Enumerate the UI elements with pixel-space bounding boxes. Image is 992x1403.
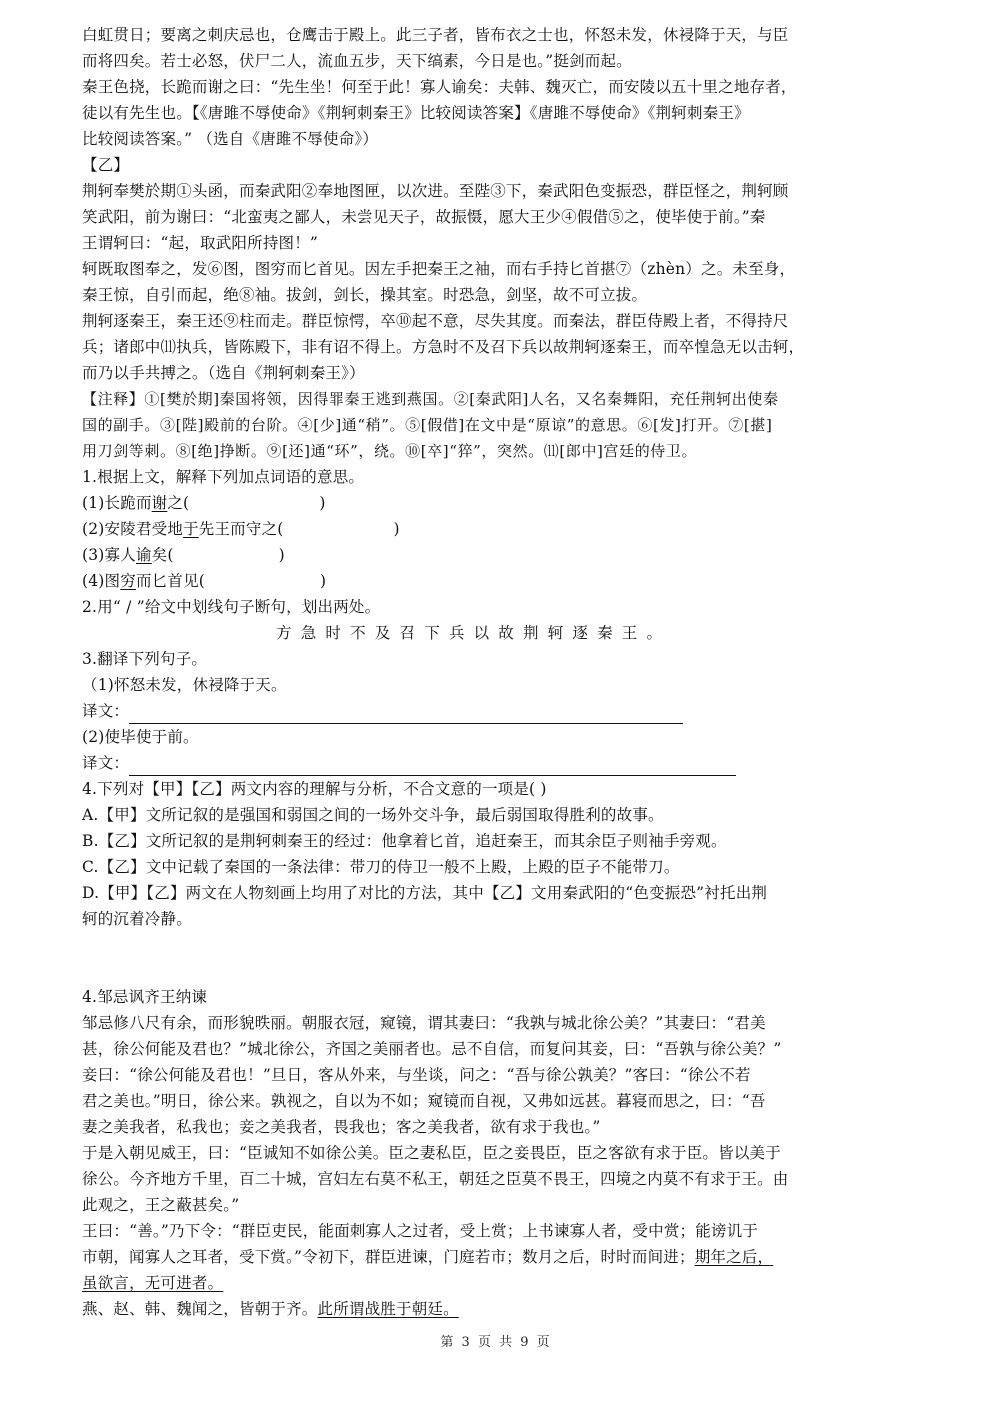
underlined-sentence: 此所谓战胜于朝廷。 [318,1300,459,1318]
dotted-word: 穷 [120,572,136,590]
dotted-word: 于 [183,520,199,538]
question-stem: 2.用“ / ”给文中划线句子断句，划出两处。 [82,594,872,620]
text-line: 邹忌修八尺有余，而形貌昳丽。朝服衣冠，窥镜，谓其妻曰：“我孰与城北徐公美？”其妻… [82,1010,872,1036]
text-line: 王谓轲曰：“起，取武阳所持图！” [82,230,872,256]
answer-label: 译文： [82,702,129,720]
question-item: (4)图穷而匕首见() [82,568,872,594]
question-item: (1)长跪而谢之() [82,490,872,516]
question-3: 3.翻译下列句子。 （1)怀怒未发，休祲降于天。 译文： (2)使毕使于前。 译… [82,646,872,776]
sentence-to-punctuate: 方急时不及召下兵以故荆轲逐秦王。 [82,620,872,646]
option-c: C.【乙】文中记载了秦国的一条法律：带刀的侍卫一般不上殿，上殿的臣子不能带刀。 [82,854,872,880]
spacer [82,932,872,984]
text-line: 荆轲逐秦王，秦王还⑨柱而走。群臣惊愕，卒⑩起不意，尽失其度。而秦法，群臣侍殿上者… [82,308,872,334]
item-text: 矣( [152,546,174,564]
dotted-word: 谢 [152,494,168,512]
dotted-word: 谕 [136,546,152,564]
item-text: (3)寡人 [82,546,136,564]
text-line: 白虹贯日；要离之刺庆忌也，仓鹰击于殿上。此三子者，皆布衣之士也，怀怒未发，休祲降… [82,22,872,48]
text-line: 而将四矣。若士必怒，伏尸二人，流血五步，天下缟素，今日是也。”挺剑而起。 [82,48,872,74]
answer-line[interactable] [129,705,683,724]
text-line: 燕、赵、韩、魏闻之，皆朝于齐。此所谓战胜于朝廷。 [82,1296,872,1322]
passage-yi: 【乙】 荆轲奉樊於期①头函，而秦武阳②奉地图匣，以次进。至陛③下，秦武阳色变振恐… [82,152,872,386]
text-line: 比较阅读答案。” （选自《唐雎不辱使命》） [82,126,872,152]
page-footer: 第 3 页 共 9 页 [0,1331,992,1350]
item-text: (2)安陵君受地 [82,520,183,538]
document-page: 白虹贯日；要离之刺庆忌也，仓鹰击于殿上。此三子者，皆布衣之士也，怀怒未发，休祲降… [82,22,872,1322]
text-line: 妻之美我者，私我也；妾之美我者，畏我也；客之美我者，欲有求于我也。” [82,1114,872,1140]
text-line: 妾曰：“徐公何能及君也！”旦日，客从外来，与坐谈，问之：“吾与徐公孰美？”客曰：… [82,1062,872,1088]
text-line: 而乃以手共搏之。（选自《荆轲刺秦王》） [82,360,872,386]
option-d-cont: 轲的沉着冷静。 [82,906,872,932]
translate-sentence: （1)怀怒未发，休祲降于天。 [82,672,872,698]
plain-text: 市朝，闻寡人之耳者，受下赏。”令初下，群臣进谏，门庭若市；数月之后，时时而间进； [82,1248,695,1266]
translate-sentence: (2)使毕使于前。 [82,724,872,750]
underlined-sentence: 虽欲言，无可进者。 [82,1274,223,1292]
passage-jia-end: 白虹贯日；要离之刺庆忌也，仓鹰击于殿上。此三子者，皆布衣之士也，怀怒未发，休祲降… [82,22,872,152]
text-line: 市朝，闻寡人之耳者，受下赏。”令初下，群臣进谏，门庭若市；数月之后，时时而间进；… [82,1244,872,1270]
text-line: 秦王色挠，长跪而谢之曰：“先生坐！何至于此！寡人谕矣：夫韩、魏灭亡，而安陵以五十… [82,74,872,100]
note-line: 用刀剑等刺。⑧[绝]挣断。⑨[还]通“环”，绕。⑩[卒]“猝”，突然。⑾[郎中]… [82,438,872,464]
text-line: 于是入朝见威王，曰：“臣诚知不如徐公美。臣之妻私臣，臣之妾畏臣，臣之客欲有求于臣… [82,1140,872,1166]
option-b: B.【乙】文所记叙的是荆轲刺秦王的经过：他拿着匕首，追赶秦王，而其余臣子则袖手旁… [82,828,872,854]
text-line: 虽欲言，无可进者。 [82,1270,872,1296]
answer-label: 译文： [82,754,129,772]
note-line: 国的副手。③[陛]殿前的台阶。④[少]通“稍”。⑤[假借]在文中是“原谅”的意思… [82,412,872,438]
close-paren: ) [319,494,325,512]
text-line: 轲既取图奉之，发⑥图，图穷而匕首见。因左手把秦王之袖，而右手持匕首揕⑦（zhèn… [82,256,872,282]
option-d: D.【甲】【乙】两文在人物刻画上均用了对比的方法，其中【乙】文用秦武阳的“色变振… [82,880,872,906]
underlined-sentence: 期年之后， [695,1248,774,1266]
text-line: 徒以有先生也。【《唐雎不辱使命》《荆轲刺秦王》比较阅读答案】《唐雎不辱使命》《荆… [82,100,872,126]
item-text: 之( [167,494,189,512]
text-line: 此观之，王之蔽甚矣。” [82,1192,872,1218]
text-line: 荆轲奉樊於期①头函，而秦武阳②奉地图匣，以次进。至陛③下，秦武阳色变振恐，群臣怪… [82,178,872,204]
text-line: 甚，徐公何能及君也？”城北徐公，齐国之美丽者也。忌不自信，而复问其妾，曰：“吾孰… [82,1036,872,1062]
item-text: 先王而守之( [199,520,284,538]
note-line: 【注释】①[樊於期]秦国将领，因得罪秦王逃到燕国。②[秦武阳]人名，又名秦舞阳，… [82,386,872,412]
passage-yi-label: 【乙】 [82,152,872,178]
question-item: (3)寡人谕矣() [82,542,872,568]
question-item: (2)安陵君受地于先王而守之() [82,516,872,542]
answer-row: 译文： [82,698,872,724]
question-2: 2.用“ / ”给文中划线句子断句，划出两处。 方急时不及召下兵以故荆轲逐秦王。 [82,594,872,646]
answer-line[interactable] [129,757,736,776]
text-line: 徐公。今齐地方千里，百二十城，宫妇左右莫不私王，朝廷之臣莫不畏王，四境之内莫不有… [82,1166,872,1192]
question-stem: 3.翻译下列句子。 [82,646,872,672]
close-paren: ) [320,572,326,590]
text-line: 王曰：“善。”乃下令：“群臣吏民，能面刺寡人之过者，受上赏；上书谏寡人者，受中赏… [82,1218,872,1244]
plain-text: 燕、赵、韩、魏闻之，皆朝于齐。 [82,1300,318,1318]
item-text: (4)图 [82,572,120,590]
section-title: 4.邹忌讽齐王纳谏 [82,984,872,1010]
section-4: 4.邹忌讽齐王纳谏 邹忌修八尺有余，而形貌昳丽。朝服衣冠，窥镜，谓其妻曰：“我孰… [82,984,872,1322]
question-1: 1.根据上文，解释下列加点词语的意思。 (1)长跪而谢之() (2)安陵君受地于… [82,464,872,594]
option-a: A.【甲】文所记叙的是强国和弱国之间的一场外交斗争，最后弱国取得胜利的故事。 [82,802,872,828]
text-line: 兵；诸郎中⑾执兵，皆陈殿下，非有诏不得上。方急时不及召下兵以故荆轲逐秦王，而卒惶… [82,334,872,360]
text-line: 君之美也。”明日，徐公来。孰视之，自以为不如；窥镜而自视，又弗如远甚。暮寝而思之… [82,1088,872,1114]
answer-row: 译文： [82,750,872,776]
question-4: 4.下列对【甲】【乙】两文内容的理解与分析，不合文意的一项是( ) A.【甲】文… [82,776,872,932]
text-line: 秦王惊，自引而起，绝⑧袖。拔剑，剑长，操其室。时恐急，剑坚，故不可立拔。 [82,282,872,308]
text-line: 笑武阳，前为谢曰：“北蛮夷之鄙人，未尝见天子，故振慑，愿大王少④假借⑤之，使毕使… [82,204,872,230]
annotations: 【注释】①[樊於期]秦国将领，因得罪秦王逃到燕国。②[秦武阳]人名，又名秦舞阳，… [82,386,872,464]
close-paren: ) [394,520,400,538]
question-stem: 1.根据上文，解释下列加点词语的意思。 [82,464,872,490]
close-paren: ) [279,546,285,564]
item-text: 而匕首见( [136,572,205,590]
item-text: (1)长跪而 [82,494,152,512]
question-stem: 4.下列对【甲】【乙】两文内容的理解与分析，不合文意的一项是( ) [82,776,872,802]
